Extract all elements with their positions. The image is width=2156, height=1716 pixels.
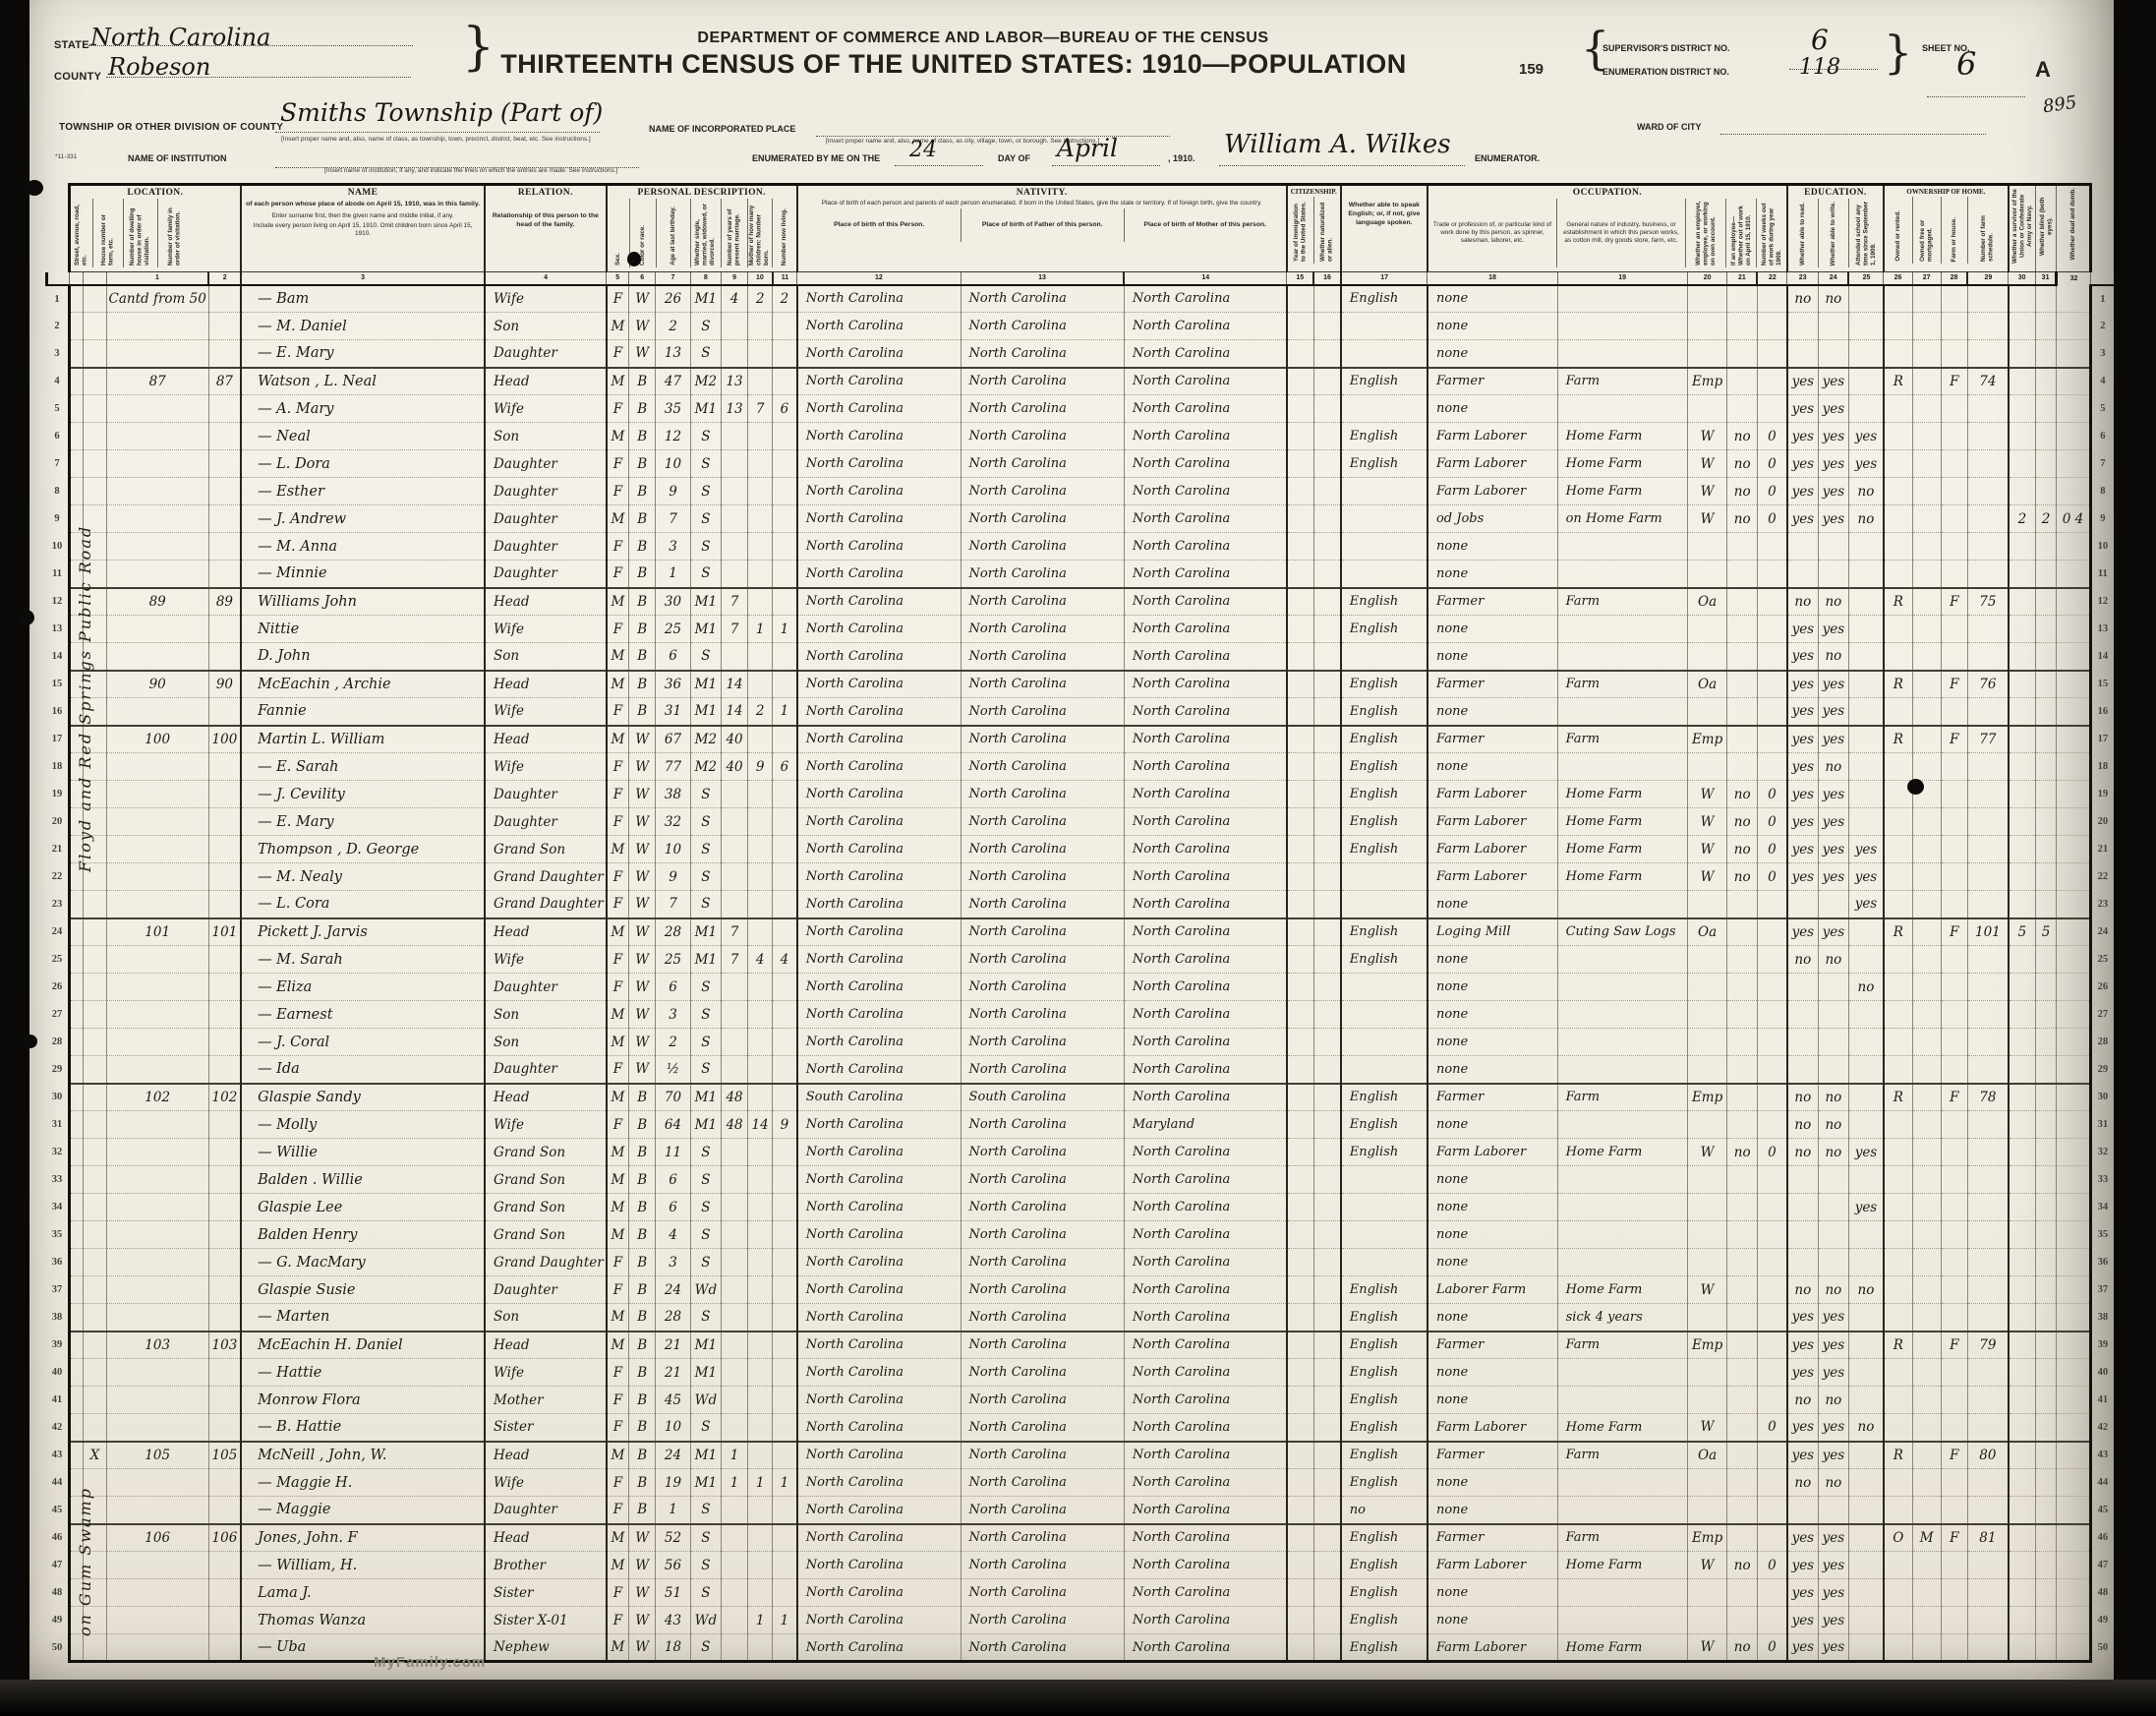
cell-english	[1341, 1056, 1428, 1084]
enumerator-rule	[1219, 153, 1465, 166]
cell-free-mortgaged	[1912, 671, 1941, 698]
column-number: 4	[485, 272, 607, 285]
cell-father-birthplace: North Carolina	[961, 1056, 1124, 1084]
cell-color: B	[629, 1249, 656, 1276]
line-number-right: 41	[2090, 1387, 2114, 1414]
cell-marital: M1	[690, 616, 721, 643]
cell-color: W	[629, 1524, 656, 1552]
line-number-left: 10	[47, 533, 70, 561]
cell-name: — Hattie	[241, 1359, 485, 1387]
cell-weeks-out	[1757, 588, 1787, 616]
cell-veteran	[2009, 643, 2035, 671]
cell-color: B	[629, 1166, 656, 1194]
cell-naturalized	[1313, 588, 1341, 616]
cell-blind	[2035, 1084, 2057, 1111]
cell-naturalized	[1313, 1166, 1341, 1194]
cell-sex: M	[607, 1524, 629, 1552]
cell-blind: 5	[2035, 918, 2057, 946]
table-row: 25 — M. Sarah Wife F W 25 M1 7 4 4	[47, 946, 2115, 974]
cell-family-number	[208, 1029, 241, 1056]
cell-birthplace: North Carolina	[797, 1056, 961, 1084]
cell-occupation: none	[1428, 1469, 1557, 1497]
cell-birthplace: North Carolina	[797, 1607, 961, 1634]
cell-children-born	[748, 1552, 773, 1579]
cell-relation: Daughter	[485, 1497, 607, 1524]
cell-free-mortgaged	[1912, 340, 1941, 368]
cell-blind	[2035, 533, 2057, 561]
cell-immigration	[1287, 313, 1314, 340]
cell-children-living	[773, 836, 797, 863]
cell-father-birthplace: North Carolina	[961, 368, 1124, 395]
cell-write	[1818, 1194, 1848, 1221]
table-row: 48 Lama J. Sister F W 51 S	[47, 1579, 2115, 1607]
cell-name: Pickett J. Jarvis	[241, 918, 485, 946]
cell-deaf	[2057, 1221, 2090, 1249]
cell-write: no	[1818, 753, 1848, 781]
cell-write: yes	[1818, 395, 1848, 423]
cell-deaf	[2057, 1387, 2090, 1414]
cell-industry	[1557, 1001, 1687, 1029]
line-number-right: 37	[2090, 1276, 2114, 1304]
cell-sex: F	[607, 478, 629, 505]
cell-marital: S	[690, 1304, 721, 1331]
cell-occupation: none	[1428, 1359, 1557, 1387]
cell-family-number	[208, 1414, 241, 1442]
cell-birthplace: North Carolina	[797, 698, 961, 726]
cell-children-born: 4	[748, 946, 773, 974]
line-number-right: 49	[2090, 1607, 2114, 1634]
cell-write: yes	[1818, 1304, 1848, 1331]
cell-family-number	[208, 1249, 241, 1276]
table-row: 14 D. John Son M B 6 S No	[47, 643, 2115, 671]
cell-read: yes	[1787, 671, 1818, 698]
cell-street	[69, 1194, 84, 1221]
cell-house-number	[84, 1387, 106, 1414]
cell-years-married	[722, 1359, 748, 1387]
cell-children-born	[748, 1579, 773, 1607]
cell-mother-birthplace: North Carolina	[1124, 423, 1286, 450]
cell-children-born	[748, 1056, 773, 1084]
district-brace-open: {	[1581, 22, 1609, 75]
cell-veteran	[2009, 1001, 2035, 1029]
cell-relation: Wife	[485, 1111, 607, 1139]
cell-blind	[2035, 450, 2057, 478]
cell-dwelling-number	[106, 1497, 208, 1524]
cell-birthplace: North Carolina	[797, 1497, 961, 1524]
cell-read: no	[1787, 588, 1818, 616]
cell-write: yes	[1818, 1359, 1848, 1387]
punch-hole	[26, 180, 43, 196]
cell-read	[1787, 1166, 1818, 1194]
cell-farm-house	[1941, 1111, 1967, 1139]
cell-english: English	[1341, 1442, 1428, 1469]
cell-free-mortgaged	[1912, 1579, 1941, 1607]
cell-children-born	[748, 726, 773, 753]
cell-blind	[2035, 1194, 2057, 1221]
cell-relation: Son	[485, 423, 607, 450]
cell-dwelling-number	[106, 1139, 208, 1166]
cell-children-born: 1	[748, 616, 773, 643]
line-number-right: 45	[2090, 1497, 2114, 1524]
cell-read: no	[1787, 1469, 1818, 1497]
cell-outofwork	[1727, 1304, 1758, 1331]
cell-family-number: 87	[208, 368, 241, 395]
cell-blind	[2035, 1442, 2057, 1469]
cell-free-mortgaged	[1912, 1414, 1941, 1442]
cell-birthplace: North Carolina	[797, 313, 961, 340]
cell-house-number	[84, 285, 106, 313]
cell-occupation: none	[1428, 313, 1557, 340]
cell-english	[1341, 533, 1428, 561]
table-row: 22 — M. Nealy Grand Daughter F W 9 S	[47, 863, 2115, 891]
cell-age: 30	[656, 588, 690, 616]
cell-school	[1848, 1524, 1883, 1552]
cell-sex: M	[607, 1139, 629, 1166]
cell-age: 47	[656, 368, 690, 395]
cell-school: yes	[1848, 891, 1883, 918]
cell-read	[1787, 313, 1818, 340]
cell-write	[1818, 561, 1848, 588]
cell-name: — G. MacMary	[241, 1249, 485, 1276]
cell-blind	[2035, 1359, 2057, 1387]
cell-family-number	[208, 616, 241, 643]
cell-years-married: 14	[722, 671, 748, 698]
cell-industry: Home Farm	[1557, 450, 1687, 478]
cell-name: Thomas Wanza	[241, 1607, 485, 1634]
cell-immigration	[1287, 836, 1314, 863]
cell-school	[1848, 726, 1883, 753]
cell-sex: F	[607, 808, 629, 836]
cell-house-number	[84, 1276, 106, 1304]
name-desc-3: Include every person living on April 15,…	[242, 221, 484, 239]
enumeration-label: ENUMERATION DISTRICT NO.	[1602, 67, 1729, 77]
cell-farm-schedule	[1967, 478, 2009, 505]
cell-outofwork	[1727, 1442, 1758, 1469]
cell-farm-house	[1941, 643, 1967, 671]
cell-blind	[2035, 395, 2057, 423]
cell-farm-schedule	[1967, 974, 2009, 1001]
line-number-left: 42	[47, 1414, 70, 1442]
cell-weeks-out: 0	[1757, 1634, 1787, 1662]
cell-blind	[2035, 1304, 2057, 1331]
cell-color: B	[629, 1084, 656, 1111]
cell-immigration	[1287, 395, 1314, 423]
cell-occupation: none	[1428, 1029, 1557, 1056]
cell-school	[1848, 1442, 1883, 1469]
line-number-left: 48	[47, 1579, 70, 1607]
table-row: 4 87 87 Watson , L. Neal Head M B 47 M2 …	[47, 368, 2115, 395]
cell-employer: W	[1687, 478, 1727, 505]
line-number-right: 19	[2090, 781, 2114, 808]
line-number-left: 24	[47, 918, 70, 946]
cell-industry	[1557, 1387, 1687, 1414]
cell-family-number	[208, 533, 241, 561]
cell-free-mortgaged	[1912, 726, 1941, 753]
cell-owned-rented	[1884, 1194, 1912, 1221]
cell-color: W	[629, 974, 656, 1001]
cell-english: English	[1341, 918, 1428, 946]
cell-industry: Home Farm	[1557, 423, 1687, 450]
cell-farm-house	[1941, 1497, 1967, 1524]
cell-farm-house	[1941, 1607, 1967, 1634]
line-number-right: 17	[2090, 726, 2114, 753]
cell-industry	[1557, 698, 1687, 726]
enumerated-label: ENUMERATED BY ME ON THE	[752, 153, 880, 163]
cell-dwelling-number	[106, 1579, 208, 1607]
cell-marital: S	[690, 505, 721, 533]
cell-relation: Head	[485, 726, 607, 753]
cell-industry	[1557, 1221, 1687, 1249]
cell-school	[1848, 285, 1883, 313]
cell-farm-schedule	[1967, 1001, 2009, 1029]
cell-father-birthplace: North Carolina	[961, 1414, 1124, 1442]
cell-english: English	[1341, 1139, 1428, 1166]
cell-dwelling-number	[106, 1111, 208, 1139]
cell-farm-schedule	[1967, 1276, 2009, 1304]
institution-label: NAME OF INSTITUTION	[128, 153, 227, 163]
ink-blot	[1907, 779, 1924, 795]
cell-marital: M1	[690, 671, 721, 698]
cell-occupation: Farmer	[1428, 726, 1557, 753]
cell-mother-birthplace: North Carolina	[1124, 1139, 1286, 1166]
line-number-right: 6	[2090, 423, 2114, 450]
cell-color: B	[629, 1304, 656, 1331]
cell-employer: W	[1687, 863, 1727, 891]
cell-deaf	[2057, 313, 2090, 340]
cell-dwelling-number	[106, 1249, 208, 1276]
cell-deaf	[2057, 1442, 2090, 1469]
cell-marital: S	[690, 1579, 721, 1607]
cell-sex: F	[607, 450, 629, 478]
cell-immigration	[1287, 1029, 1314, 1056]
cell-blind	[2035, 753, 2057, 781]
cell-mother-birthplace: North Carolina	[1124, 1029, 1286, 1056]
cell-name: — B. Hattie	[241, 1414, 485, 1442]
cell-deaf	[2057, 643, 2090, 671]
cell-write: yes	[1818, 1579, 1848, 1607]
column-number: 11	[773, 272, 797, 285]
cell-dwelling-number	[106, 781, 208, 808]
cell-blind	[2035, 616, 2057, 643]
cell-occupation: none	[1428, 1166, 1557, 1194]
cell-farm-schedule	[1967, 863, 2009, 891]
column-number: 25	[1848, 272, 1883, 285]
title-number: 159	[1519, 61, 1544, 78]
cell-mother-birthplace: North Carolina	[1124, 974, 1286, 1001]
cell-children-living	[773, 561, 797, 588]
cell-mother-birthplace: North Carolina	[1124, 1331, 1286, 1359]
cell-children-born	[748, 1524, 773, 1552]
line-number-left: 17	[47, 726, 70, 753]
cell-children-living	[773, 1497, 797, 1524]
cell-children-born	[748, 1331, 773, 1359]
cell-farm-schedule	[1967, 1552, 2009, 1579]
cell-owned-rented	[1884, 1634, 1912, 1662]
col-deaf-label: Whether deaf and dumb.	[2069, 186, 2077, 262]
cell-industry	[1557, 891, 1687, 918]
column-number: 10	[748, 272, 773, 285]
cell-color: B	[629, 561, 656, 588]
cell-name: — M. Nealy	[241, 863, 485, 891]
cell-age: 10	[656, 1414, 690, 1442]
cell-deaf	[2057, 726, 2090, 753]
cell-farm-schedule	[1967, 395, 2009, 423]
cell-free-mortgaged	[1912, 643, 1941, 671]
cell-sex: M	[607, 1029, 629, 1056]
cell-birthplace: North Carolina	[797, 891, 961, 918]
cell-marital: S	[690, 1056, 721, 1084]
cell-age: 25	[656, 946, 690, 974]
cell-owned-rented: R	[1884, 1331, 1912, 1359]
cell-children-living	[773, 505, 797, 533]
cell-marital: S	[690, 1221, 721, 1249]
cell-employer: Emp	[1687, 1524, 1727, 1552]
cell-farm-house	[1941, 561, 1967, 588]
table-row: 31 — Molly Wife F B 64 M1 48 14 9	[47, 1111, 2115, 1139]
cell-occupation: none	[1428, 616, 1557, 643]
cell-veteran	[2009, 616, 2035, 643]
cell-birthplace: North Carolina	[797, 1579, 961, 1607]
cell-name: McEachin , Archie	[241, 671, 485, 698]
cell-family-number	[208, 1001, 241, 1029]
cell-father-birthplace: North Carolina	[961, 1249, 1124, 1276]
cell-farm-schedule	[1967, 340, 2009, 368]
cell-write: yes	[1818, 1634, 1848, 1662]
line-number-left: 18	[47, 753, 70, 781]
cell-mother-birthplace: North Carolina	[1124, 313, 1286, 340]
cell-dwelling-number	[106, 1304, 208, 1331]
cell-farm-house: F	[1941, 1442, 1967, 1469]
line-number-left: 15	[47, 671, 70, 698]
cell-age: 35	[656, 395, 690, 423]
line-number-right: 14	[2090, 643, 2114, 671]
cell-free-mortgaged	[1912, 588, 1941, 616]
cell-sex: M	[607, 1331, 629, 1359]
cell-industry	[1557, 1166, 1687, 1194]
cell-immigration	[1287, 1552, 1314, 1579]
cell-free-mortgaged	[1912, 753, 1941, 781]
header-education: EDUCATION. Whether able to read. Whether…	[1787, 185, 1884, 272]
cell-veteran: 5	[2009, 918, 2035, 946]
cell-blind	[2035, 1139, 2057, 1166]
cell-age: 2	[656, 313, 690, 340]
column-number: 15	[1287, 272, 1314, 285]
line-number-left: 28	[47, 1029, 70, 1056]
table-row: 38 — Marten Son M B 28 S	[47, 1304, 2115, 1331]
cell-farm-house	[1941, 698, 1967, 726]
cell-deaf	[2057, 891, 2090, 918]
cell-age: 19	[656, 1469, 690, 1497]
cell-years-married	[722, 1056, 748, 1084]
cell-children-born	[748, 1304, 773, 1331]
cell-years-married	[722, 891, 748, 918]
cell-veteran	[2009, 1359, 2035, 1387]
cell-write: yes	[1818, 863, 1848, 891]
cell-father-birthplace: South Carolina	[961, 1084, 1124, 1111]
cell-color: W	[629, 1029, 656, 1056]
cell-color: W	[629, 340, 656, 368]
cell-relation: Wife	[485, 285, 607, 313]
cell-birthplace: North Carolina	[797, 285, 961, 313]
cell-sex: F	[607, 395, 629, 423]
cell-children-born	[748, 1276, 773, 1304]
cell-years-married: 7	[722, 616, 748, 643]
cell-years-married: 40	[722, 726, 748, 753]
cell-children-living: 6	[773, 753, 797, 781]
cell-family-number	[208, 974, 241, 1001]
division-rule	[275, 120, 600, 133]
cell-children-living: 6	[773, 395, 797, 423]
cell-industry: Cuting Saw Logs	[1557, 918, 1687, 946]
cell-employer: Emp	[1687, 1331, 1727, 1359]
cell-family-number	[208, 753, 241, 781]
cell-mother-birthplace: North Carolina	[1124, 1194, 1286, 1221]
cell-relation: Daughter	[485, 505, 607, 533]
cell-outofwork	[1727, 1249, 1758, 1276]
cell-veteran	[2009, 478, 2035, 505]
line-number-left: 44	[47, 1469, 70, 1497]
cell-farm-house	[1941, 1387, 1967, 1414]
cell-years-married	[722, 1276, 748, 1304]
cell-dwelling-number: 90	[106, 671, 208, 698]
cell-farm-house	[1941, 753, 1967, 781]
cell-write: no	[1818, 946, 1848, 974]
cell-marital: S	[690, 1166, 721, 1194]
cell-marital: S	[690, 1139, 721, 1166]
cell-free-mortgaged	[1912, 1221, 1941, 1249]
cell-birthplace: North Carolina	[797, 1194, 961, 1221]
line-number-right: 4	[2090, 368, 2114, 395]
cell-weeks-out: 0	[1757, 423, 1787, 450]
cell-immigration	[1287, 1387, 1314, 1414]
cell-children-born	[748, 1634, 773, 1662]
cell-naturalized	[1313, 533, 1341, 561]
cell-owned-rented	[1884, 753, 1912, 781]
cell-weeks-out: 0	[1757, 808, 1787, 836]
cell-naturalized	[1313, 1497, 1341, 1524]
cell-employer	[1687, 1001, 1727, 1029]
cell-relation: Grand Daughter	[485, 1249, 607, 1276]
col-house-label: House number or farm, etc.	[100, 199, 115, 267]
cell-deaf	[2057, 340, 2090, 368]
cell-read: yes	[1787, 1634, 1818, 1662]
column-number: 2	[208, 272, 241, 285]
cell-owned-rented	[1884, 1056, 1912, 1084]
cell-write	[1818, 313, 1848, 340]
cell-naturalized	[1313, 836, 1341, 863]
cell-industry	[1557, 946, 1687, 974]
cell-occupation: Farm Laborer	[1428, 781, 1557, 808]
cell-outofwork	[1727, 753, 1758, 781]
cell-naturalized	[1313, 1442, 1341, 1469]
cell-veteran	[2009, 1524, 2035, 1552]
cell-write	[1818, 533, 1848, 561]
cell-employer	[1687, 1111, 1727, 1139]
cell-outofwork: no	[1727, 478, 1758, 505]
cell-sex: F	[607, 561, 629, 588]
cell-children-born: 9	[748, 753, 773, 781]
cell-farm-house	[1941, 395, 1967, 423]
cell-industry	[1557, 1579, 1687, 1607]
cell-children-born: 14	[748, 1111, 773, 1139]
cell-veteran	[2009, 1194, 2035, 1221]
col-immigration-label: Year of immigration to the United States…	[1293, 197, 1308, 264]
cell-deaf	[2057, 698, 2090, 726]
cell-children-born	[748, 478, 773, 505]
cell-free-mortgaged	[1912, 891, 1941, 918]
cell-write	[1818, 1166, 1848, 1194]
cell-occupation: Farm Laborer	[1428, 863, 1557, 891]
